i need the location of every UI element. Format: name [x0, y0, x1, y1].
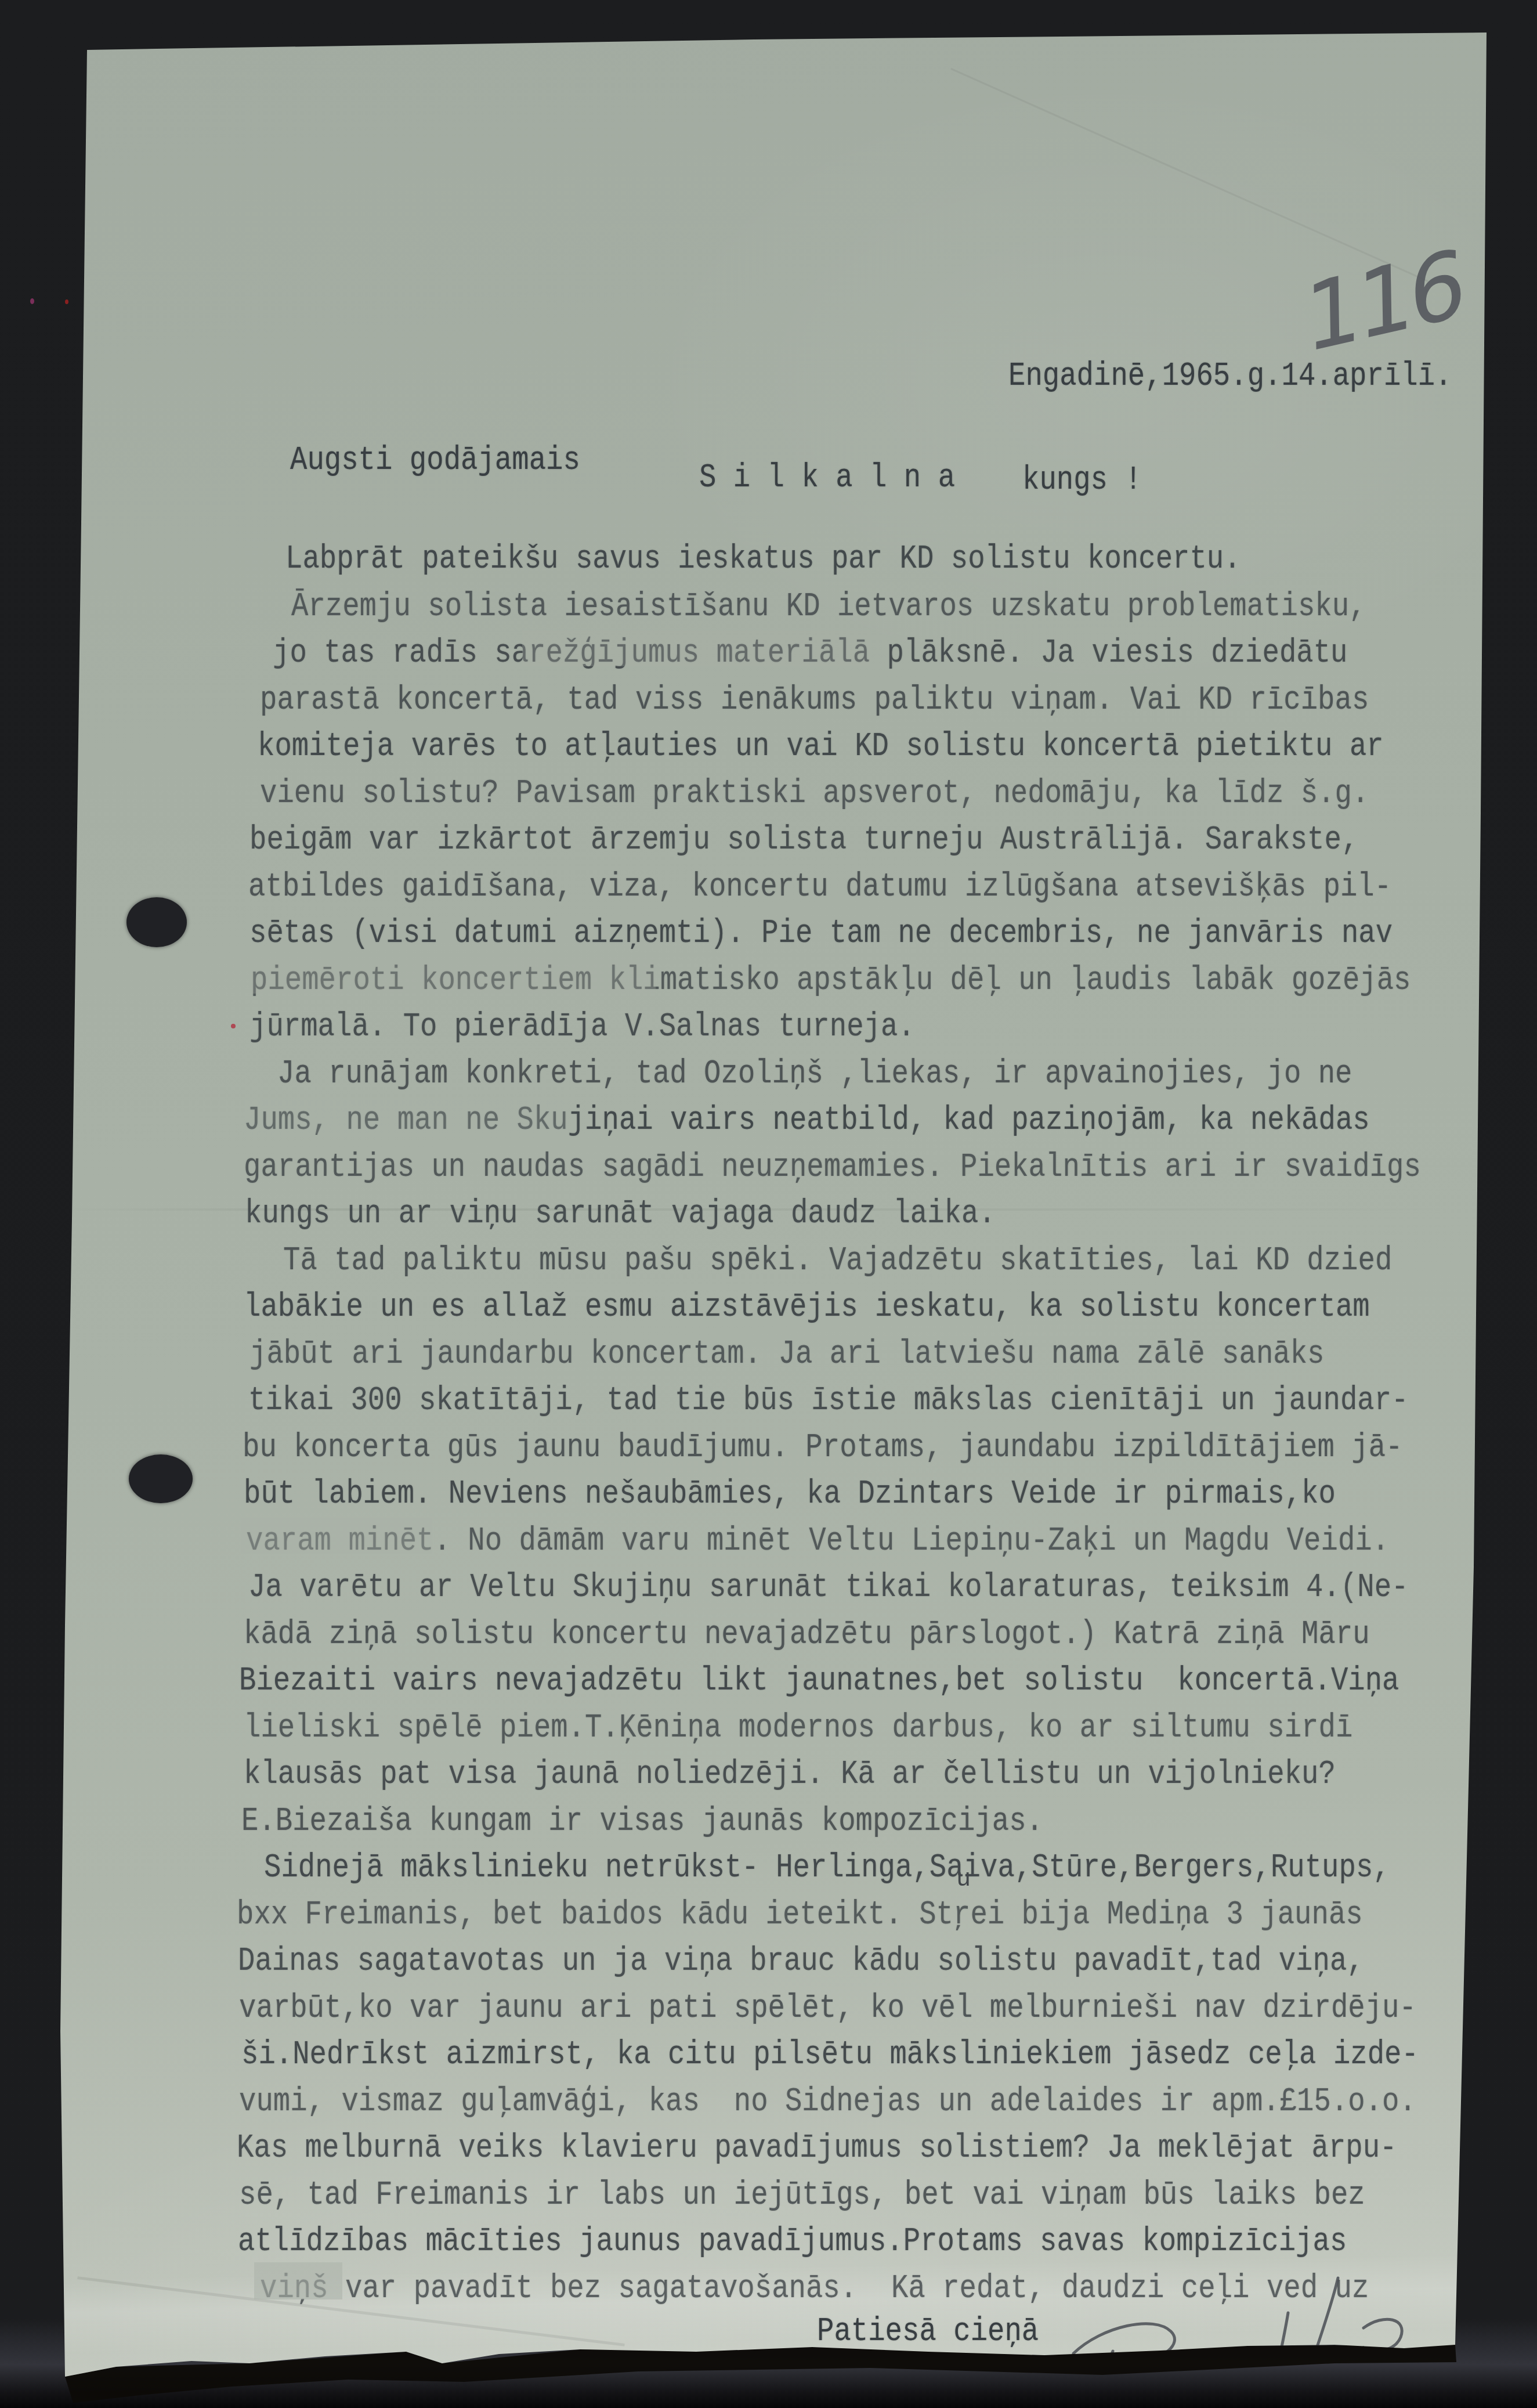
diagonal-crease-top-right: [950, 68, 1428, 282]
punch-hole-top: [126, 897, 187, 947]
letter-line: lieliski spēlē piem.T.Ķēniņa modernos da…: [244, 1709, 1352, 1747]
salutation-suffix: kungs !: [1022, 461, 1142, 499]
letter-line: sē, tad Freimanis ir labs un iejūtīgs, b…: [239, 2176, 1365, 2214]
letter-line: atbildes gaidīšana, viza, koncertu datum…: [248, 868, 1391, 906]
letter-line: varbūt,ko var jaunu ari pati spēlēt, ko …: [239, 1989, 1416, 2027]
letter-line: komiteja varēs to atļauties un vai KD so…: [258, 727, 1384, 766]
letter-line: Jums, ne man ne Skujiņai vairs neatbild,…: [244, 1101, 1370, 1139]
letter-line: labākie un es allaž esmu aizstāvējis ies…: [244, 1288, 1370, 1326]
salutation-left: Augsti godājamais: [290, 441, 580, 479]
red-speck: [65, 299, 68, 304]
letter-line: Labprāt pateikšu savus ieskatus par KD s…: [285, 540, 1241, 578]
letter-line: Biezaiti vairs nevajadzētu likt jaunatne…: [239, 1662, 1399, 1700]
red-speck: [30, 298, 34, 304]
handwritten-insert-u-icon: u: [956, 1865, 971, 1893]
letter-line: Ārzemju solista iesaistīšanu KD ietvaros…: [291, 587, 1366, 626]
letter-line: Ja varētu ar Veltu Skujiņu sarunāt tikai…: [248, 1568, 1409, 1606]
letter-line: garantijas un naudas sagādi neuzņemamies…: [244, 1148, 1421, 1186]
letter-line: vumi, vismaz guļamvāģi, kas no Sidnejas …: [239, 2082, 1416, 2121]
closing-line: Patiesā cieņā: [817, 2312, 1039, 2351]
letter-line: E.Biezaiša kungam ir visas jaunās kompoz…: [241, 1802, 1043, 1840]
letter-line: kādā ziņā solistu koncertu nevajadzētu p…: [244, 1615, 1370, 1654]
letter-line: varam minēt. No dāmām varu minēt Veltu L…: [246, 1522, 1389, 1560]
letter-line: jābūt ari jaundarbu koncertam. Ja ari la…: [249, 1335, 1325, 1373]
letter-line: Sidnejā mākslinieku netrūkst- Herlinga,S…: [264, 1849, 1390, 1887]
letter-line: vienu solistu? Pavisam praktiski apsvero…: [260, 774, 1369, 813]
letter-line: tikai 300 skatītāji, tad tie būs īstie m…: [248, 1381, 1409, 1420]
letter-line: bxx Freimanis, bet baidos kādu ieteikt. …: [237, 1896, 1363, 1934]
scanned-letter-page: 116 Engadinē,1965.g.14.aprīlī. Augsti go…: [0, 0, 1537, 2408]
salutation-name: S i l k a l n a: [699, 459, 955, 497]
letter-line: beigām var izkārtot ārzemju solista turn…: [249, 821, 1358, 859]
letter-line: jo tas radīs sarežģījumus materiālā plāk…: [273, 634, 1348, 672]
letter-line: sētas (visi datumi aizņemti). Pie tam ne…: [249, 914, 1393, 952]
signature-scribble: [1015, 2272, 1491, 2400]
letter-line: ši.Nedrīkst aizmirst, ka citu pilsētu mā…: [241, 2035, 1419, 2074]
red-speck: [231, 1024, 236, 1028]
letter-line: kungs un ar viņu sarunāt vajaga daudz la…: [245, 1194, 996, 1233]
letter-line: Dainas sagatavotas un ja viņa brauc kādu…: [238, 1942, 1364, 1980]
letter-paper: 116 Engadinē,1965.g.14.aprīlī. Augsti go…: [0, 0, 1537, 2408]
letter-line: klausās pat visa jaunā noliedzēji. Kā ar…: [244, 1755, 1336, 1793]
handwritten-page-number: 116: [1304, 229, 1463, 375]
punch-hole-bottom: [129, 1454, 193, 1503]
letter-line: atlīdzības mācīties jaunus pavadījumus.P…: [238, 2222, 1347, 2261]
letter-line: Tā tad paliktu mūsu pašu spēki. Vajadzēt…: [283, 1241, 1392, 1280]
letter-line: parastā koncertā, tad viss ienākums pali…: [260, 681, 1369, 719]
dateline: Engadinē,1965.g.14.aprīlī.: [1008, 357, 1452, 395]
letter-line: Kas melburnā veiks klavieru pavadījumus …: [237, 2129, 1397, 2167]
letter-line: bu koncerta gūs jaunu baudījumu. Protams…: [243, 1428, 1403, 1467]
letter-line: būt labiem. Neviens nešaubāmies, ka Dzin…: [244, 1475, 1336, 1513]
letter-line: piemēroti koncertiem klimatisko apstākļu…: [251, 961, 1411, 999]
letter-line: jūrmalā. To pierādīja V.Salnas turneja.: [249, 1008, 915, 1046]
letter-line: Ja runājam konkreti, tad Ozoliņš ,liekas…: [277, 1055, 1352, 1093]
